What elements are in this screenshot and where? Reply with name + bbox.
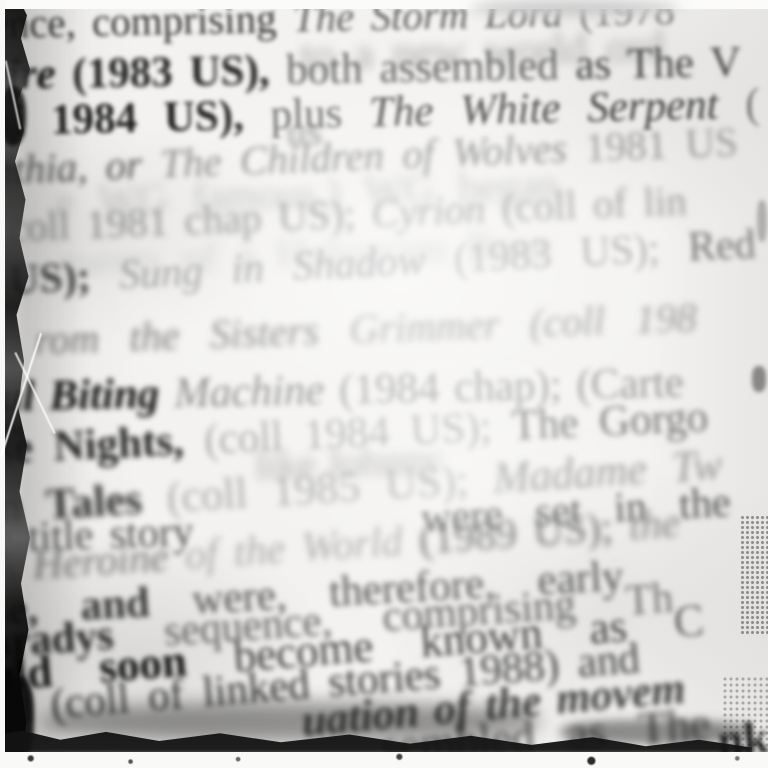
right-edge-speckle-cluster <box>740 515 768 635</box>
text-fragment: rom the Sisters <box>34 306 350 363</box>
text-line-sisters-grimmer: rom the Sisters Grimmer (coll 198 <box>34 297 697 361</box>
text-fragment: C <box>672 595 706 647</box>
text-fragment: The Gorgo <box>510 394 709 450</box>
text-fragment: ( <box>745 81 760 128</box>
right-edge-speck <box>752 366 766 392</box>
text-fragment: 1981 US <box>584 118 738 170</box>
photo-bottom-white-margin <box>0 752 768 768</box>
text-fragment: Machine <box>174 367 340 417</box>
text-fragment: se Nights, <box>0 417 205 473</box>
photo-left-white-margin <box>0 0 5 768</box>
right-edge-speck <box>757 200 767 242</box>
right-edge-speckle-cluster <box>722 676 768 750</box>
top-gray-blotch <box>470 0 680 16</box>
text-fragment: Red <box>687 221 757 270</box>
text-fragment: (1983 US), <box>72 47 287 98</box>
text-fragment: (coll of lin <box>501 177 688 230</box>
text-fragment: the <box>627 500 681 549</box>
text-fragment: Grimmer (coll 198 <box>348 294 697 352</box>
book-page-photo: ence, comprising The Storm Lord (1978 to… <box>0 0 768 768</box>
